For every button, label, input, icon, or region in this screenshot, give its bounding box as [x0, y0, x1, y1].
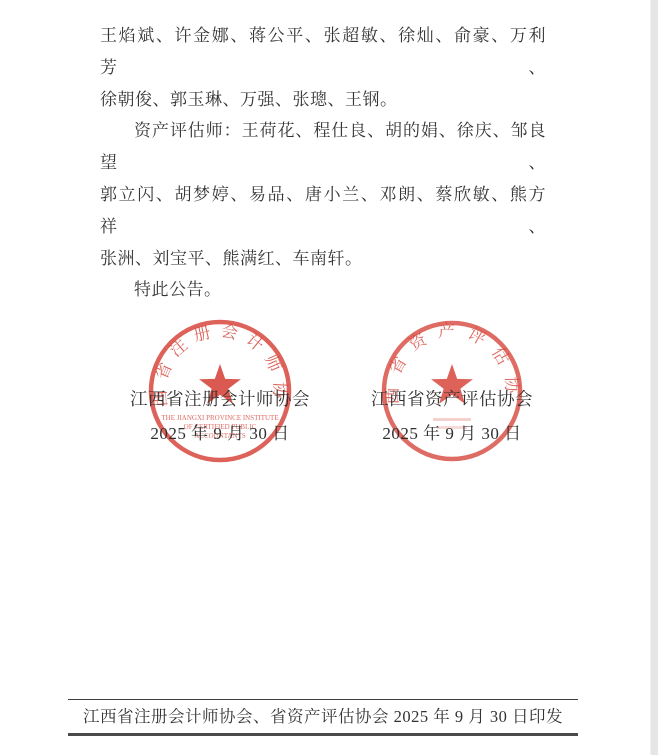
appraiser-list-line: 资产评估师：王荷花、程仕良、胡的娟、徐庆、邹良望、: [100, 115, 546, 179]
signing-org-name: 江西省资产评估协会: [342, 390, 562, 409]
appraiser-list-line: 郭立闪、胡梦婷、易品、唐小兰、邓朗、蔡欣敏、熊方祥、: [100, 179, 546, 243]
signature-block-cpa: 江西省注册会计师协会 THE JIANGXI PROVINCE INSTITUT…: [110, 316, 330, 466]
name-list-line: 徐朝俊、郭玉琳、万强、张璁、王钢。: [100, 84, 546, 116]
signing-date: 2025 年 9 月 30 日: [110, 424, 330, 443]
seal-faint-mark: [433, 418, 471, 421]
name-list-line: 王焰斌、许金娜、蒋公平、张超敏、徐灿、俞豪、万利芳、: [100, 20, 546, 84]
appraiser-list-line: 张洲、刘宝平、熊满红、车南轩。: [100, 243, 546, 275]
page-edge-strip: [650, 0, 658, 755]
announcement-body: 王焰斌、许金娜、蒋公平、张超敏、徐灿、俞豪、万利芳、 徐朝俊、郭玉琳、万强、张璁…: [100, 20, 546, 306]
closing-line: 特此公告。: [100, 274, 546, 306]
footer-imprint-text: 江西省注册会计师协会、省资产评估协会 2025 年 9 月 30 日印发: [68, 700, 578, 733]
signature-block-appraisal: 江西省资产评估协会 江西省资产评估协会 2025 年 9 月 30 日: [342, 316, 562, 466]
seal-subtext-line: THE JIANGXI PROVINCE INSTITUTE: [161, 414, 278, 422]
signing-date: 2025 年 9 月 30 日: [342, 424, 562, 443]
signing-org-name: 江西省注册会计师协会: [110, 390, 330, 409]
footer-imprint: 江西省注册会计师协会、省资产评估协会 2025 年 9 月 30 日印发: [68, 699, 578, 736]
announcement-page: { "page": { "background": "#ffffff", "ed…: [0, 0, 658, 755]
